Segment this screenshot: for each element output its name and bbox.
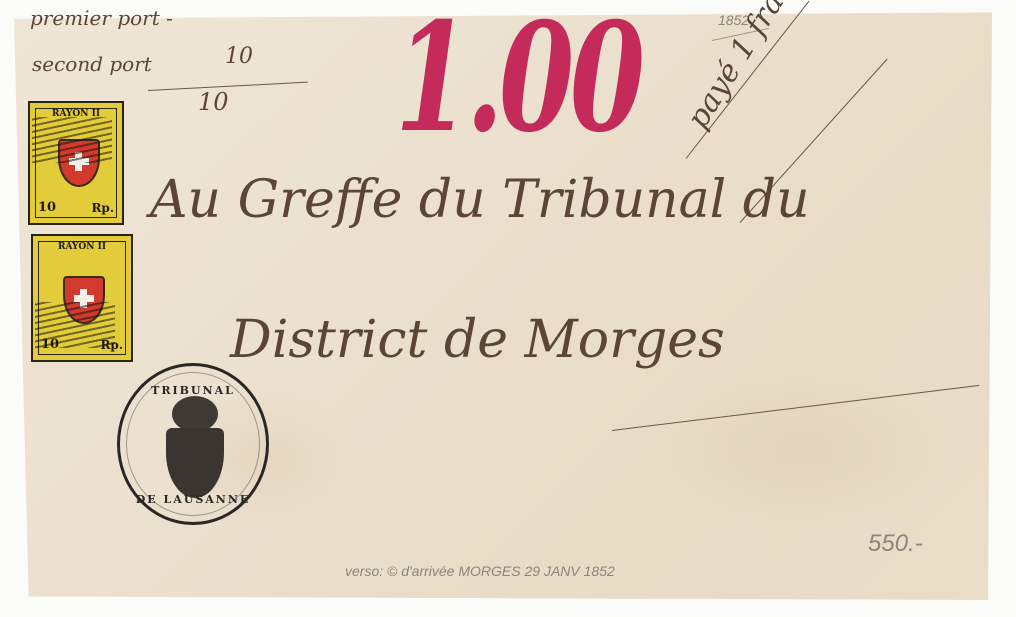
helmet-icon [172,396,218,432]
address-line-2: District de Morges [230,310,725,370]
note-second-port: second port [32,52,152,76]
note-second-port-value: 10 [225,44,253,69]
postage-due-marking: 1.00 [395,0,641,166]
stamp-rayon-ii: RAYON II 10 Rp. [28,101,124,225]
stamp-rayon-ii: RAYON II 10 Rp. [31,234,133,362]
address-line-1: Au Greffe du Tribunal du [150,170,810,230]
note-total-value: 10 [198,88,229,116]
grid-cancellation [32,117,112,163]
note-premier-port: premier port - [30,6,173,30]
arrival-pencil-note: verso: © d'arrivée MORGES 29 JANV 1852 [345,563,615,579]
tribunal-seal: TRIBUNAL DE LAUSANNE [117,363,269,525]
price-note: 550.- [868,530,923,558]
grid-cancellation [35,302,115,348]
